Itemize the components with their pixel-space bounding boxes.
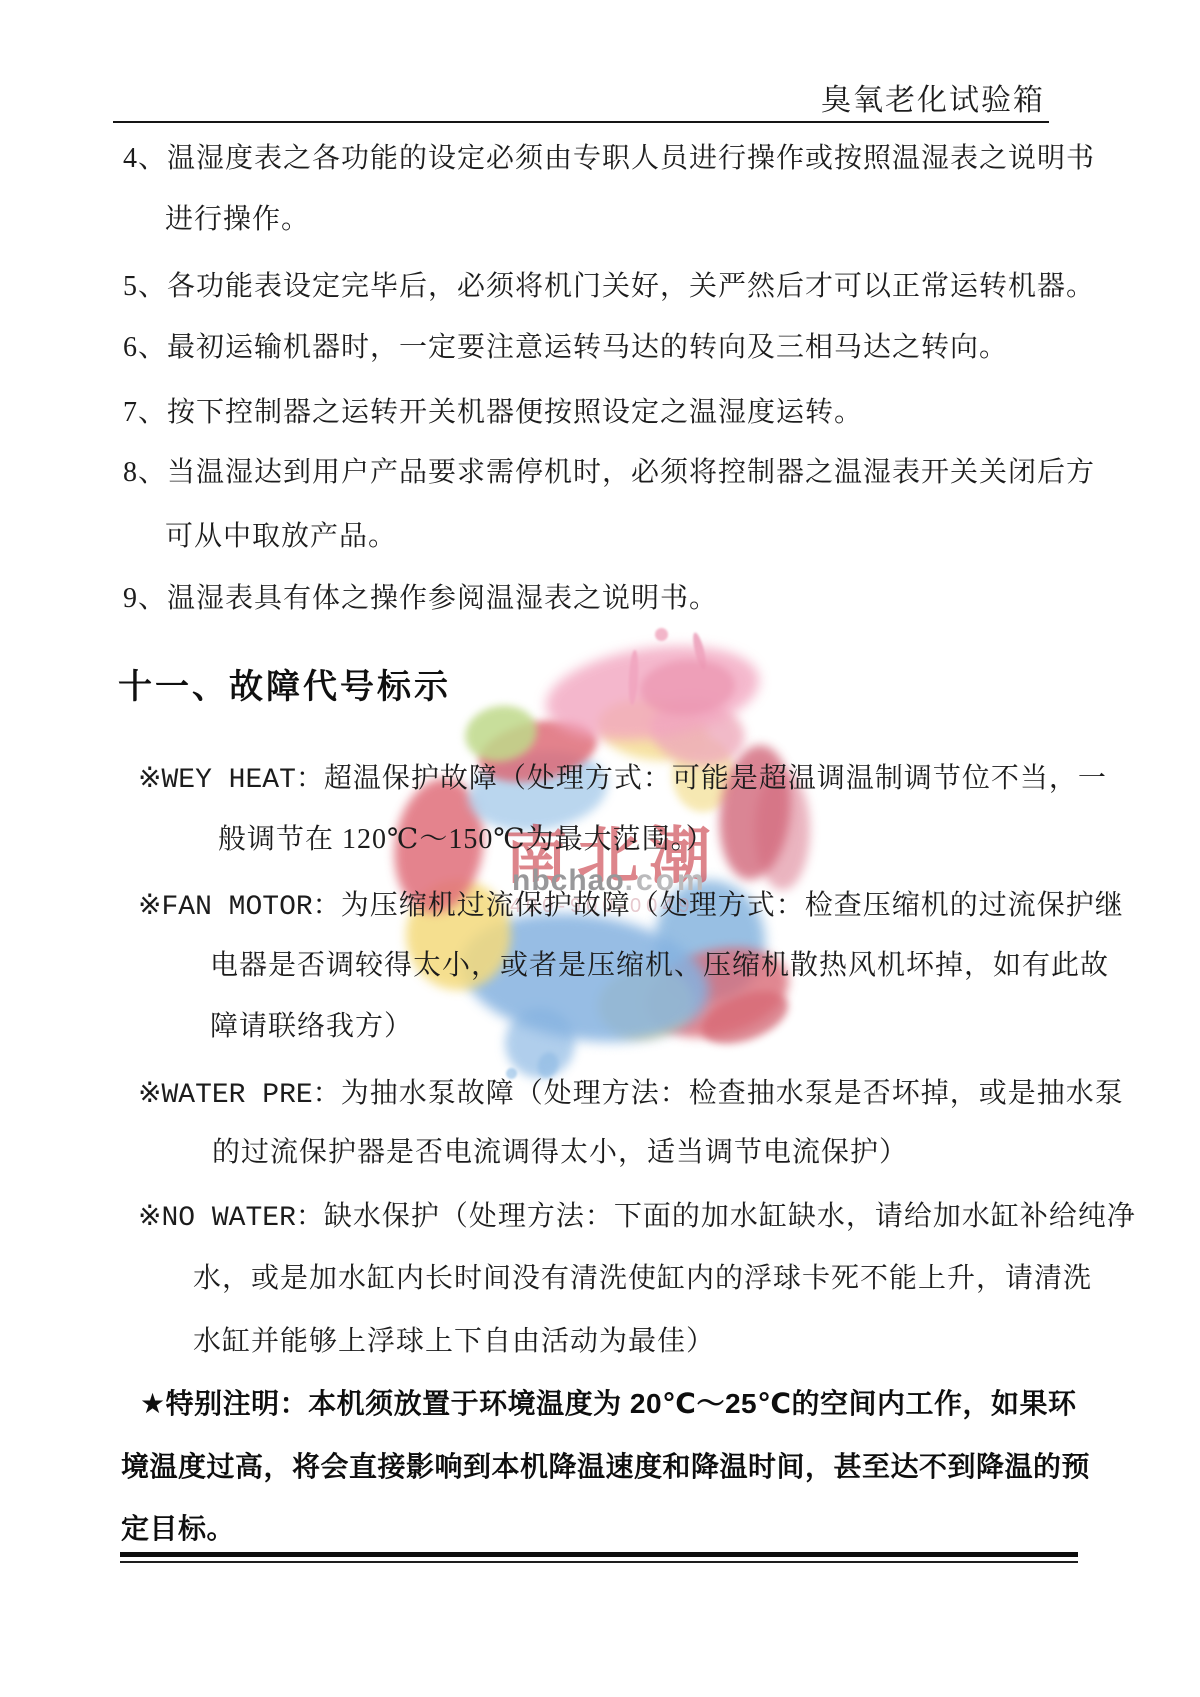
special-note-line1: ★特别注明：本机须放置于环境温度为 20℃～25℃的空间内工作，如果环 [140,1388,1077,1420]
list-item-9-line1: 9、温湿表具有体之操作参阅温湿表之说明书。 [123,583,718,615]
fault-water-pre-code: ※WATER PRE： [138,1080,341,1111]
list-item-7-line1: 7、按下控制器之运转开关机器便按照设定之温湿度运转。 [123,397,863,429]
list-item-8-number: 8、 [123,457,167,488]
fault-no-water-line3: 水缸并能够上浮球上下自由活动为最佳） [193,1326,715,1358]
special-note-line2: 境温度过高，将会直接影响到本机降温速度和降温时间，甚至达不到降温的预 [121,1451,1090,1483]
list-item-9-number: 9、 [123,583,167,614]
list-item-6-line1: 6、最初运输机器时，一定要注意运转马达的转向及三相马达之转向。 [123,332,1008,364]
document-page: 南北潮 nbchao.com 400-900-0049 臭氧老化试验箱 4、温湿… [0,0,1200,1697]
fault-water-pre-line2: 的过流保护器是否电流调得太小，适当调节电流保护） [212,1137,908,1169]
list-item-7-number: 7、 [123,397,167,428]
bottom-rule-thick [120,1552,1078,1557]
special-note-label: ★特别注明： [140,1388,308,1419]
list-item-8-line1: 8、当温湿达到用户产品要求需停机时，必须将控制器之温湿表开关关闭后方 [123,457,1095,489]
fault-fan-motor-code: ※FAN MOTOR： [138,892,341,923]
list-item-4-line1: 4、温湿度表之各功能的设定必须由专职人员进行操作或按照温湿表之说明书 [123,143,1095,175]
fault-wey-heat-code: ※WEY HEAT： [138,765,324,796]
fault-wey-heat-line2: 般调节在 120℃～150℃为最大范围。） [218,824,715,856]
list-item-4-line2: 进行操作。 [165,204,310,236]
fault-no-water-code: ※NO WATER： [138,1203,324,1234]
list-item-8-line2: 可从中取放产品。 [165,521,397,553]
fault-no-water-line2: 水，或是加水缸内长时间没有清洗使缸内的浮球卡死不能上升，请清洗 [193,1263,1092,1295]
list-item-6-number: 6、 [123,332,167,363]
fault-fan-motor-line1: ※FAN MOTOR：为压缩机过流保护故障（处理方式：检查压缩机的过流保护继 [138,890,1124,924]
list-item-5-number: 5、 [123,271,167,302]
fault-fan-motor-line3: 障请联络我方） [210,1011,413,1043]
bottom-rule-thin [120,1561,1078,1563]
section-heading: 十一、故障代号标示 [118,668,451,707]
fault-no-water-line1: ※NO WATER：缺水保护（处理方法：下面的加水缸缺水，请给加水缸补给纯净 [138,1201,1136,1235]
fault-water-pre-line1: ※WATER PRE：为抽水泵故障（处理方法：检查抽水泵是否坏掉，或是抽水泵 [138,1078,1124,1112]
header-title: 臭氧老化试验箱 [821,84,1045,119]
header-rule [113,121,1049,123]
list-item-5-line1: 5、各功能表设定完毕后，必须将机门关好，关严然后才可以正常运转机器。 [123,271,1095,303]
fault-wey-heat-line1: ※WEY HEAT：超温保护故障（处理方式：可能是超温调温制调节位不当，一 [138,763,1107,797]
fault-fan-motor-line2: 电器是否调较得太小，或者是压缩机、压缩机散热风机坏掉，如有此故 [210,950,1109,982]
watermark-blob [655,628,668,641]
list-item-4-number: 4、 [123,143,167,174]
special-note-line3: 定目标。 [121,1513,235,1545]
